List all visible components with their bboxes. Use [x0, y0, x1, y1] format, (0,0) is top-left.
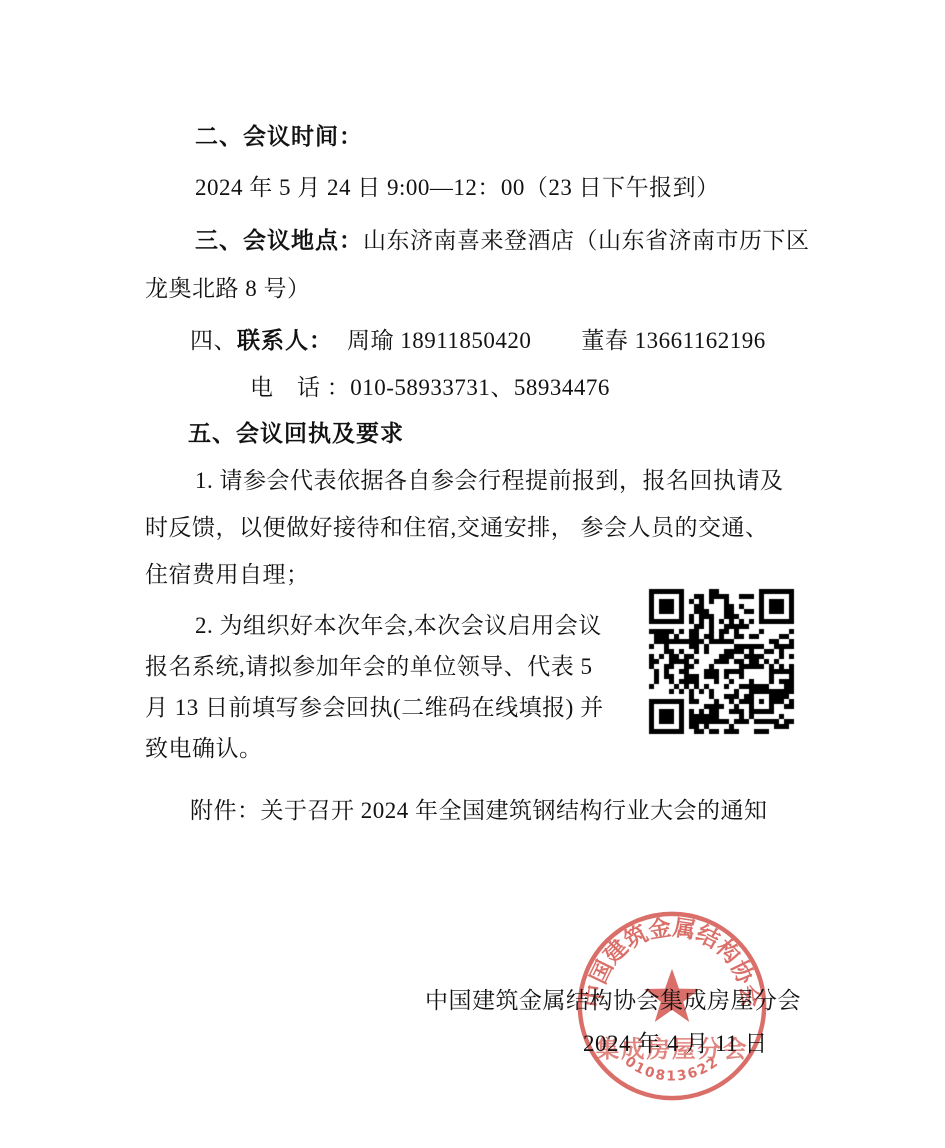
- requirement-item1-line1: 1. 请参会代表依据各自参会行程提前报到，报名回执请及: [195, 466, 784, 496]
- document-page: 二、会议时间： 2024 年 5 月 24 日 9:00—12：00（23 日下…: [0, 0, 945, 1148]
- section-requirements-heading: 五、会议回执及要求: [188, 419, 404, 449]
- section-time-heading: 二、会议时间：: [195, 122, 363, 152]
- requirement-item2-line1: 2. 为组织好本次年会,本次会议启用会议: [195, 611, 602, 641]
- requirement-item2-line2: 报名系统,请拟参加年会的单位领导、代表 5: [145, 652, 593, 682]
- contact-person-1: 周瑜 18911850420: [347, 328, 531, 353]
- section-contacts-line: 四、联系人：周瑜 18911850420董春 13661162196: [190, 326, 766, 356]
- meeting-time-text: 2024 年 5 月 24 日 9:00—12：00（23 日下午报到）: [195, 173, 720, 203]
- section-contacts-heading: 联系人：: [237, 328, 333, 354]
- location-text-line1: 山东济南喜来登酒店（山东省济南市历下区: [363, 228, 810, 253]
- section-location-heading: 会议地点：: [243, 228, 363, 254]
- contact-person-2: 董春 13661162196: [581, 328, 765, 353]
- location-text-line2: 龙奥北路 8 号）: [145, 274, 311, 304]
- section-location-line: 三、会议地点：山东济南喜来登酒店（山东省济南市历下区: [195, 226, 810, 256]
- registration-qr-code: [648, 588, 795, 735]
- requirement-item2-line3: 月 13 日前填写参会回执(二维码在线填报) 并: [145, 693, 604, 723]
- attachment-line: 附件：关于召开 2024 年全国建筑钢结构行业大会的通知: [190, 796, 768, 826]
- signature-date: 2024 年 4 月 11 日: [583, 1029, 768, 1059]
- requirement-item1-line2: 时反馈，以便做好接待和住宿,交通安排， 参会人员的交通、: [145, 513, 769, 543]
- signature-organization: 中国建筑金属结构协会集成房屋分会: [425, 986, 801, 1016]
- requirement-item1-line3: 住宿费用自理；: [145, 560, 310, 590]
- requirement-item2-line4: 致电确认。: [145, 734, 263, 764]
- contact-phone-line: 电 话 ：010-58933731、58934476: [250, 373, 610, 403]
- section-location-number: 三、: [195, 228, 243, 254]
- section-contacts-number: 四、: [190, 328, 237, 353]
